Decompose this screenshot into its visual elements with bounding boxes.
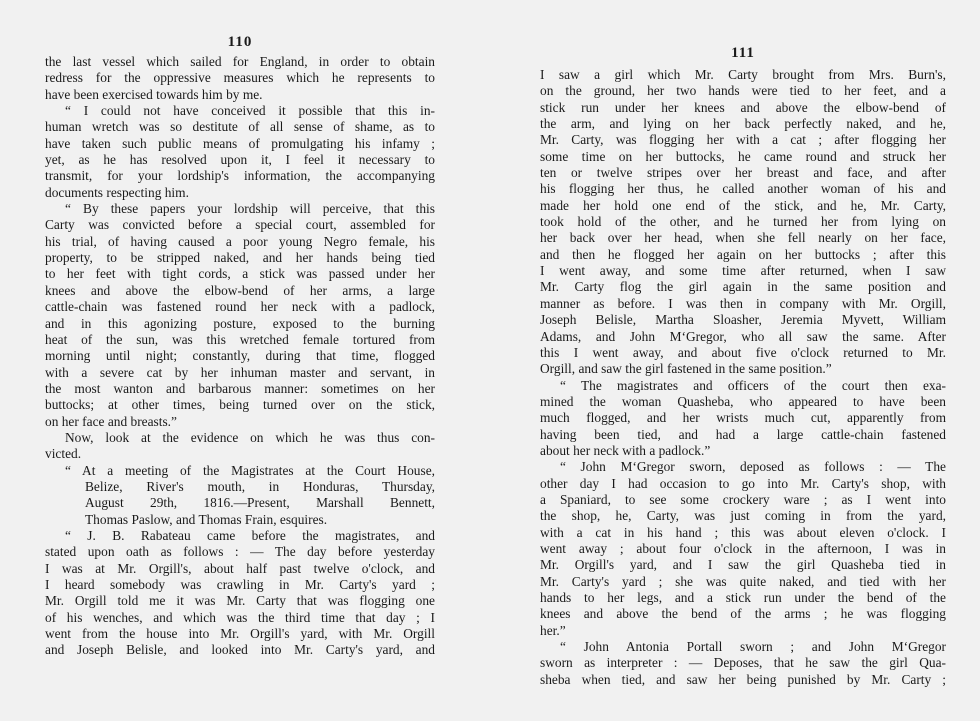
text-line: I saw a girl which Mr. Carty brought fro… (540, 67, 946, 83)
text-line: on the ground, her two hands were tied t… (540, 83, 946, 99)
text-line: ten or twelve stripes over her breast an… (540, 165, 946, 181)
text-line: on her face and breasts.” (45, 414, 435, 430)
text-line: and in this agonizing posture, exposed t… (45, 316, 435, 332)
text-line: other day I had occasion to go into Mr. … (540, 476, 946, 492)
text-line: have taken such public means of promulga… (45, 136, 435, 152)
text-line: human wretch was so destitute of all sen… (45, 119, 435, 135)
text-line: Orgill, and saw the girl fastened in the… (540, 361, 946, 377)
text-line: took hold of the other, and he turned he… (540, 214, 946, 230)
text-line: Mr. Orgill told me it was Mr. Carty that… (45, 593, 435, 609)
text-line: the most wanton and barbarous manner: so… (45, 381, 435, 397)
text-line: Mr. Carty flog the girl again in the sam… (540, 279, 946, 295)
text-line: “ John Antonia Portall sworn ; and John … (540, 639, 946, 655)
text-line: a Spaniard, to see some crockery ware ; … (540, 492, 946, 508)
text-line: I was at Mr. Orgill's, about half past t… (45, 561, 435, 577)
text-line: property, to be stripped naked, and her … (45, 250, 435, 266)
text-line: went from the house into Mr. Orgill's ya… (45, 626, 435, 642)
text-line: redress for the oppressive measures whic… (45, 70, 435, 86)
text-line: her back over her head, when she fell ne… (540, 230, 946, 246)
text-line: heat of the sun, was this wretched femal… (45, 332, 435, 348)
text-line: “ John M‘Gregor sworn, deposed as follow… (540, 459, 946, 475)
text-line: “ By these papers your lordship will per… (45, 201, 435, 217)
text-line: the shop, he, Carty, was just coming in … (540, 508, 946, 524)
text-line: his trial, of having caused a poor young… (45, 234, 435, 250)
page-text: the last vessel which sailed for England… (45, 54, 435, 659)
text-line: of his wenches, and which was the third … (45, 610, 435, 626)
text-line: Mr. Carty's yard ; she was quite naked, … (540, 574, 946, 590)
text-line: about her neck with a padlock.” (540, 443, 946, 459)
text-line: sworn as interpreter : — Deposes, that h… (540, 655, 946, 671)
text-line: Joseph Belisle, Martha Sloasher, Jeremia… (540, 312, 946, 328)
text-line: made her hold one end of the stick, and … (540, 198, 946, 214)
text-line: sheba when tied, and saw her being punis… (540, 672, 946, 688)
text-line: buttocks; at other times, being turned o… (45, 397, 435, 413)
text-line: Adams, and John M‘Gregor, who all saw th… (540, 329, 946, 345)
text-line: Thomas Paslow, and Thomas Frain, esquire… (45, 512, 435, 528)
text-line: knees and above the bend of the arms ; h… (540, 606, 946, 622)
text-line: “ J. B. Rabateau came before the magistr… (45, 528, 435, 544)
text-line: the last vessel which sailed for England… (45, 54, 435, 70)
text-line: with a cat in his hand ; this was about … (540, 525, 946, 541)
page-number: 110 (45, 34, 435, 54)
text-line: stated upon oath as follows : — The day … (45, 544, 435, 560)
text-line: and Joseph Belisle, and looked into Mr. … (45, 642, 435, 658)
right-page: 111 I saw a girl which Mr. Carty brought… (540, 0, 946, 688)
text-line: “ The magistrates and officers of the co… (540, 378, 946, 394)
text-line: Now, look at the evidence on which he wa… (45, 430, 435, 446)
text-line: some time on her buttocks, he came round… (540, 149, 946, 165)
book-spread: 110 the last vessel which sailed for Eng… (0, 0, 980, 721)
page-number: 111 (540, 45, 946, 67)
text-line: and then he flogged her again on her but… (540, 247, 946, 263)
page-text: I saw a girl which Mr. Carty brought fro… (540, 67, 946, 688)
text-line: the arm, and lying on her back perfectly… (540, 116, 946, 132)
text-line: I heard somebody was crawling in Mr. Car… (45, 577, 435, 593)
text-line: morning until night; constantly, during … (45, 348, 435, 364)
text-line: his flogging her thus, he called another… (540, 181, 946, 197)
text-line: Mr. Orgill's yard, and I saw the girl Qu… (540, 557, 946, 573)
text-line: much flogged, and her wrists much cut, a… (540, 410, 946, 426)
text-line: knees and above the elbow-bend of her ar… (45, 283, 435, 299)
text-line: hands to her legs, and a stick run under… (540, 590, 946, 606)
text-line: manner as before. I was then in company … (540, 296, 946, 312)
text-line: August 29th, 1816.—Present, Marshall Ben… (45, 495, 435, 511)
text-line: cattle-chain was fastened round her neck… (45, 299, 435, 315)
text-line: “ At a meeting of the Magistrates at the… (45, 463, 435, 479)
left-page: 110 the last vessel which sailed for Eng… (45, 0, 435, 659)
text-line: stick run under her knees and above the … (540, 100, 946, 116)
text-line: Belize, River's mouth, in Honduras, Thur… (45, 479, 435, 495)
text-line: this I went away, and about five o'clock… (540, 345, 946, 361)
text-line: transmit, for your lordship's informatio… (45, 168, 435, 184)
text-line: having been tied, and had a large cattle… (540, 427, 946, 443)
text-line: documents respecting him. (45, 185, 435, 201)
text-line: her.” (540, 623, 946, 639)
text-line: have been exercised towards him by me. (45, 87, 435, 103)
text-line: victed. (45, 446, 435, 462)
text-line: mined the woman Quasheba, who appeared t… (540, 394, 946, 410)
text-line: Mr. Carty, was flogging her with a cat ;… (540, 132, 946, 148)
text-line: Carty was convicted before a special cou… (45, 217, 435, 233)
text-line: with a severe cat by her inhuman master … (45, 365, 435, 381)
text-line: to her feet with tight cords, a stick wa… (45, 266, 435, 282)
text-line: I went away, and some time after returne… (540, 263, 946, 279)
text-line: “ I could not have conceived it possible… (45, 103, 435, 119)
text-line: went away ; about four o'clock in the af… (540, 541, 946, 557)
text-line: yet, as he has resolved upon it, I feel … (45, 152, 435, 168)
